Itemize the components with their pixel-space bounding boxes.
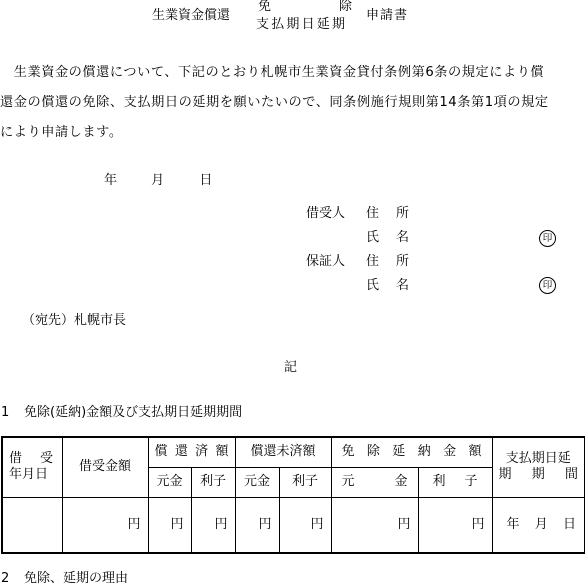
body-line-3: により申請します。 xyxy=(0,126,123,139)
cell-repaid-interest[interactable]: 円 xyxy=(191,497,235,553)
section-2-number: 2 xyxy=(1,572,9,585)
cell-unrepaid-principal[interactable]: 円 xyxy=(235,497,279,553)
header-exemption-char: 納 xyxy=(418,444,431,460)
header-repaid: 償 還 済 額 xyxy=(148,437,235,467)
borrower-name-label-2: 名 xyxy=(396,231,409,244)
header-exemption-char: 延 xyxy=(392,444,405,460)
guarantor-address-label-2: 所 xyxy=(396,255,409,268)
period-year: 年 xyxy=(507,517,520,533)
borrower-seal-icon: 印 xyxy=(539,230,556,247)
header-loan-date-char-2: 受 xyxy=(40,451,53,467)
header-repaid-char: 済 xyxy=(195,444,208,460)
date-day: 日 xyxy=(199,174,212,187)
header-extension-char: 期 xyxy=(532,467,545,483)
header-exempt-principal-char: 元 xyxy=(342,474,355,490)
date-month: 月 xyxy=(151,174,164,187)
header-unrepaid: 償還未済額 xyxy=(235,437,331,467)
title-option-postponement: 支払期日延期 xyxy=(256,18,354,31)
header-exemption: 免 除 延 納 金 額 xyxy=(331,437,492,467)
header-exemption-char: 除 xyxy=(367,444,380,460)
header-extension-char: 期 xyxy=(499,467,512,483)
guarantor-name-label-1: 氏 xyxy=(366,279,379,292)
header-exemption-char: 免 xyxy=(342,444,355,460)
header-repaid-char: 償 xyxy=(155,444,168,460)
header-exemption-char: 金 xyxy=(443,444,456,460)
ki-heading: 記 xyxy=(284,361,297,374)
header-loan-date: 借 受 年月日 xyxy=(2,437,62,497)
header-repaid-interest: 利子 xyxy=(191,467,235,497)
application-date: 年 月 日 xyxy=(100,174,212,187)
exemption-table: 借 受 年月日 借受金額 償 還 済 額 償還未済額 免 除 延 納 金 額 xyxy=(1,436,585,554)
header-repaid-principal: 元金 xyxy=(148,467,191,497)
header-unrepaid-principal: 元金 xyxy=(235,467,279,497)
borrower-address-label-1: 住 xyxy=(366,207,379,220)
header-repaid-char: 還 xyxy=(175,444,188,460)
date-year: 年 xyxy=(104,174,117,187)
section-1-title: 免除(延納)金額及び支払期日延期期間 xyxy=(24,406,242,419)
cell-unrepaid-interest[interactable]: 円 xyxy=(279,497,331,553)
title-option-exemption-1: 免 xyxy=(258,0,271,14)
guarantor-label: 保証人 xyxy=(306,255,345,268)
header-extension-line-1: 支払期日延 xyxy=(497,451,581,467)
header-exempt-principal-char: 金 xyxy=(395,474,408,490)
cell-extension-period[interactable]: 年 月 日 xyxy=(492,497,585,553)
cell-exempt-interest[interactable]: 円 xyxy=(418,497,492,553)
header-loan-date-char-1: 借 xyxy=(9,451,22,467)
header-repaid-char: 額 xyxy=(215,444,228,460)
cell-exempt-principal[interactable]: 円 xyxy=(331,497,418,553)
table-row: 円 円 円 円 円 円 円 年 月 日 xyxy=(2,497,585,553)
header-extension-period: 支払期日延 期 期 間 xyxy=(492,437,585,497)
section-1-number: 1 xyxy=(1,406,9,419)
header-extension-char: 間 xyxy=(565,467,578,483)
body-line-1: 生業資金の償還について、下記のとおり札幌市生業資金貸付条例第6条の規定により償 xyxy=(0,66,544,79)
title-options: 免 除 支払期日延期 xyxy=(256,0,354,31)
borrower-address-label-2: 所 xyxy=(396,207,409,220)
header-exempt-interest: 利 子 xyxy=(418,467,492,497)
header-exempt-principal: 元 金 xyxy=(331,467,418,497)
period-month: 月 xyxy=(535,517,548,533)
guarantor-seal-icon: 印 xyxy=(539,277,556,294)
title-option-exemption-2: 除 xyxy=(339,0,352,14)
header-exemption-char: 額 xyxy=(468,444,481,460)
cell-loan-amount[interactable]: 円 xyxy=(62,497,148,553)
borrower-label: 借受人 xyxy=(306,207,345,220)
guarantor-name-label-2: 名 xyxy=(396,279,409,292)
section-2-title: 免除、延期の理由 xyxy=(24,572,128,585)
cell-repaid-principal[interactable]: 円 xyxy=(148,497,191,553)
header-exempt-interest-char: 子 xyxy=(465,474,478,490)
period-day: 日 xyxy=(563,517,576,533)
header-exempt-interest-char: 利 xyxy=(433,474,446,490)
header-loan-amount: 借受金額 xyxy=(62,437,148,497)
header-loan-date-line-2: 年月日 xyxy=(9,467,58,483)
title-suffix: 申請書 xyxy=(366,9,408,22)
addressee: （宛先）札幌市長 xyxy=(22,314,126,327)
body-line-2: 還金の償還の免除、支払期日の延期を願いたいので、同条例施行規則第14条第1項の規… xyxy=(0,96,549,109)
cell-loan-date[interactable] xyxy=(2,497,62,553)
guarantor-address-label-1: 住 xyxy=(366,255,379,268)
title-prefix: 生業資金償還 xyxy=(152,9,230,22)
header-unrepaid-interest: 利子 xyxy=(279,467,331,497)
borrower-name-label-1: 氏 xyxy=(366,231,379,244)
